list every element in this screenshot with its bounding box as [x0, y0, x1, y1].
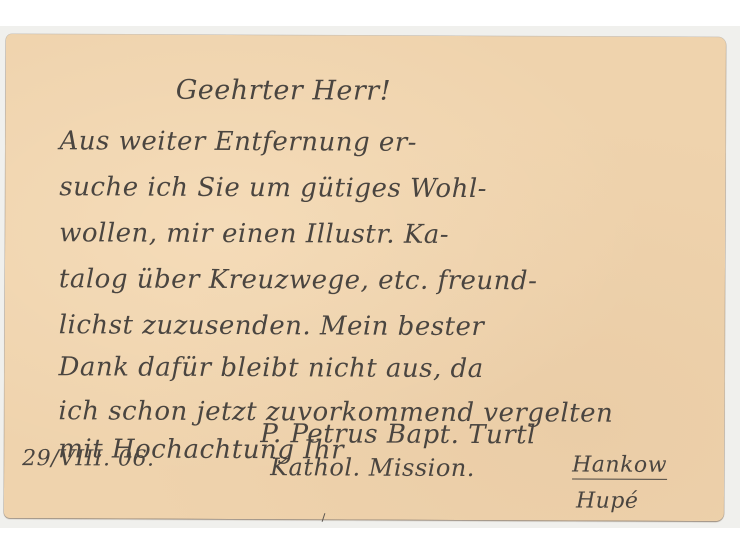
postcard: Geehrter Herr! Aus weiter Entfernung er-… — [4, 34, 726, 521]
salutation: Geehrter Herr! — [176, 75, 391, 107]
date: 29/VIII. 06. — [22, 446, 154, 472]
body-line-3: wollen, mir einen Illustr. Ka- — [59, 218, 449, 250]
signature-city: Hankow — [572, 452, 667, 479]
body-line-6: Dank dafür bleibt nicht aus, da — [58, 352, 483, 384]
body-line-4: talog über Kreuzwege, etc. freund- — [59, 264, 538, 296]
signature-province: Hupé — [576, 488, 639, 513]
body-line-2: suche ich Sie um gütiges Wohl- — [59, 172, 487, 204]
signature-name: P. Petrus Bapt. Turtl — [260, 419, 536, 450]
body-line-5: lichst zuzusenden. Mein bester — [59, 310, 485, 342]
signature-organization: Kathol. Mission. — [270, 453, 475, 482]
body-line-1: Aus weiter Entfernung er- — [59, 126, 417, 158]
